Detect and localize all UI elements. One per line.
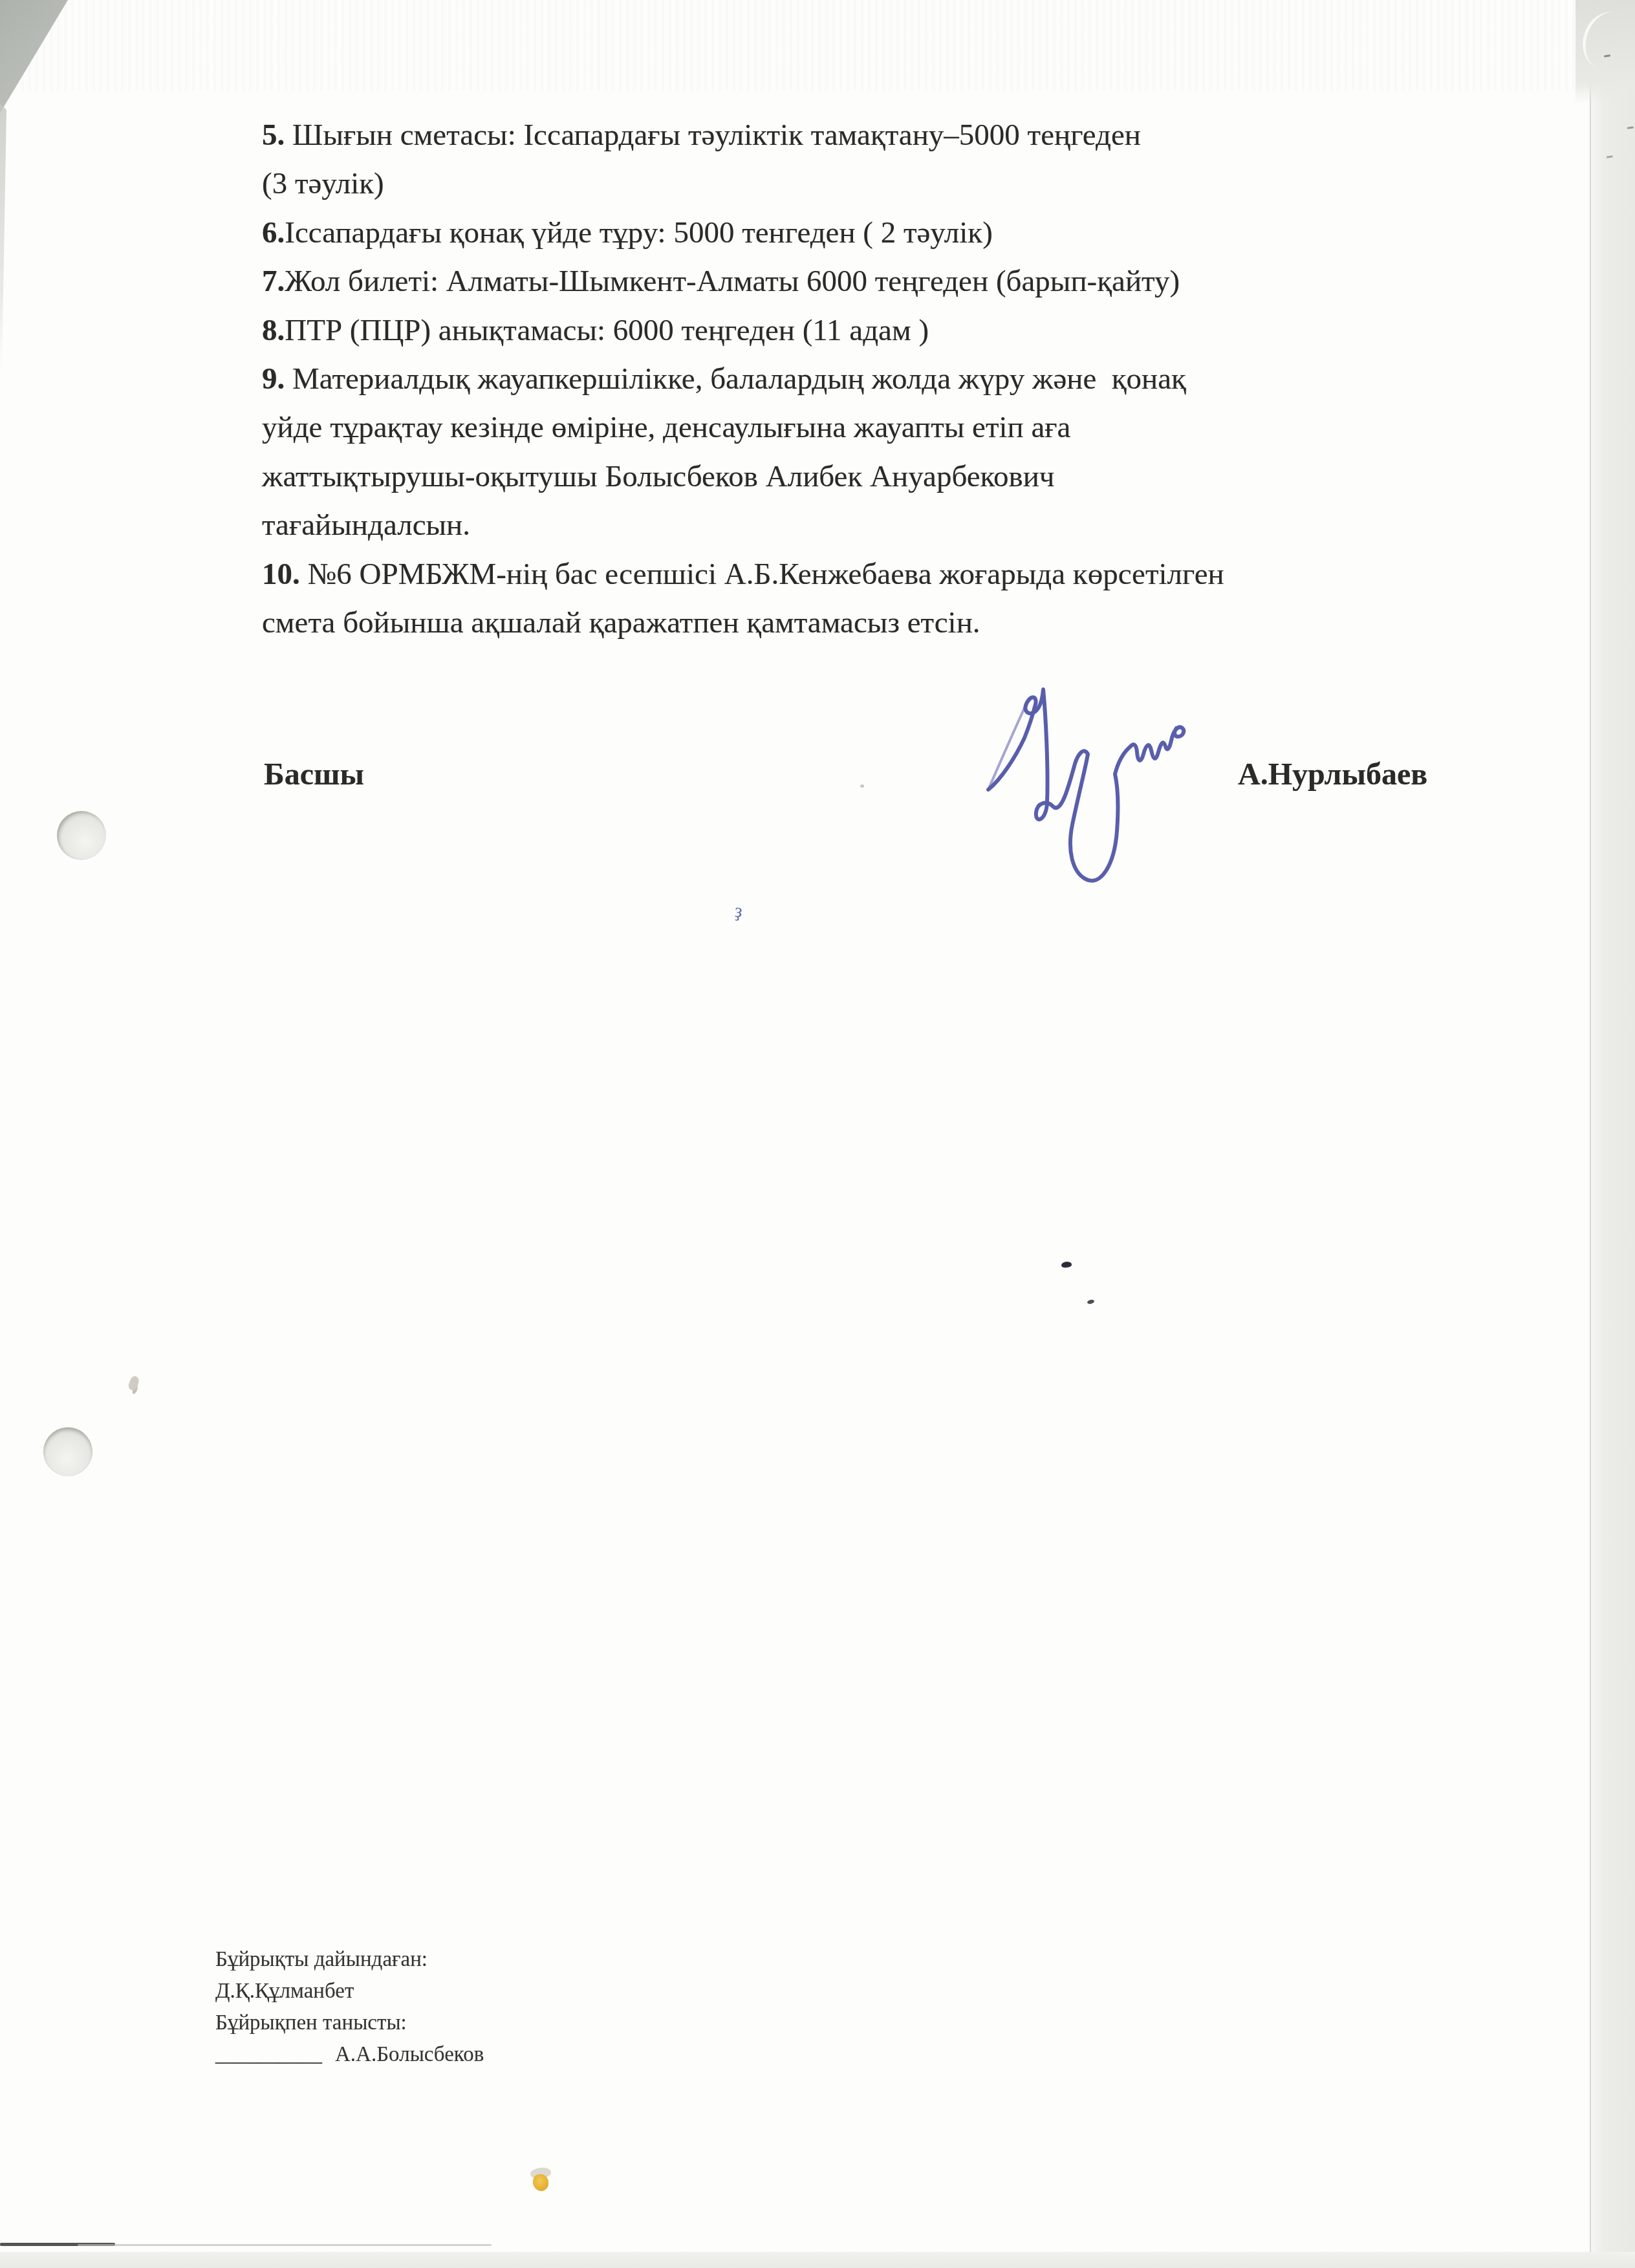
order-text-block: 5. Шығын сметасы: Іссапардағы тәуліктік … bbox=[262, 111, 1510, 647]
signature-blank-line: __________ bbox=[215, 2043, 322, 2066]
order-line: смета бойынша ақшалай қаражатпен қамтама… bbox=[262, 599, 1510, 647]
page-bottom-edge bbox=[0, 2252, 1635, 2268]
order-line-number: 5. bbox=[262, 118, 285, 152]
page-left-edge-shadow bbox=[0, 103, 9, 369]
order-line: 7.Жол билеті: Алматы-Шымкент-Алматы 6000… bbox=[262, 257, 1510, 306]
signer-name-label: А.Нурлыбаев bbox=[1238, 757, 1427, 792]
stray-ink-mark: ҙ bbox=[733, 900, 743, 922]
order-line-number: 8. bbox=[262, 314, 285, 347]
signature-stroke bbox=[988, 689, 1184, 881]
order-line-text: ПТР (ПЦР) анықтамасы: 6000 теңгеден (11 … bbox=[285, 314, 929, 347]
order-line-text: Шығын сметасы: Іссапардағы тәуліктік там… bbox=[285, 118, 1141, 152]
order-line-number: 6. bbox=[262, 216, 285, 250]
prepared-by-label: Бұйрықты дайындаған: bbox=[215, 1944, 797, 1976]
order-line: жаттықтырушы-оқытушы Болысбеков Алибек А… bbox=[262, 453, 1510, 501]
scan-line-bottom-faint bbox=[78, 2244, 492, 2246]
scan-speck-left bbox=[127, 1375, 141, 1392]
signer-role-label: Басшы bbox=[264, 757, 364, 792]
handwritten-signature bbox=[970, 676, 1203, 915]
order-line: 5. Шығын сметасы: Іссапардағы тәуліктік … bbox=[262, 111, 1510, 160]
order-line-text: жаттықтырушы-оқытушы Болысбеков Алибек А… bbox=[262, 460, 1054, 493]
order-line-text: уйде тұрақтау кезінде өміріне, денсаулығ… bbox=[262, 411, 1070, 444]
order-line-text: (3 тәулік) bbox=[262, 167, 384, 200]
order-line: тағайындалсын. bbox=[262, 501, 1510, 550]
acknowledgement-line: __________А.А.Болысбеков bbox=[215, 2039, 797, 2071]
order-line-number: 7. bbox=[262, 265, 285, 298]
order-line: 8.ПТР (ПЦР) анықтамасы: 6000 теңгеден (1… bbox=[262, 307, 1510, 355]
punch-hole-bottom bbox=[33, 1417, 102, 1486]
order-line-text: Жол билеті: Алматы-Шымкент-Алматы 6000 т… bbox=[285, 265, 1180, 298]
acknowledged-by-name: А.А.Болысбеков bbox=[335, 2043, 484, 2066]
order-line: уйде тұрақтау кезінде өміріне, денсаулығ… bbox=[262, 404, 1510, 452]
scan-dot bbox=[860, 784, 864, 788]
prepared-by-name: Д.Қ.Құлманбет bbox=[215, 1976, 797, 2007]
acknowledged-label: Бұйрықпен танысты: bbox=[215, 2007, 797, 2039]
order-line: (3 тәулік) bbox=[262, 160, 1510, 208]
order-line-text: смета бойынша ақшалай қаражатпен қамтама… bbox=[262, 606, 980, 640]
order-line-text: Материалдық жауапкершілікке, балалардың … bbox=[285, 362, 1186, 396]
punch-hole-top bbox=[57, 811, 106, 860]
order-line-number: 10. bbox=[262, 557, 300, 591]
order-line: 9. Материалдық жауапкершілікке, балалард… bbox=[262, 355, 1510, 404]
order-line-text: тағайындалсын. bbox=[262, 508, 470, 542]
ink-blob bbox=[1061, 1261, 1072, 1268]
order-line-number: 9. bbox=[262, 362, 285, 396]
paper-stain-yellow bbox=[533, 2174, 548, 2191]
order-line-text: Іссапардағы қонақ үйде тұру: 5000 тенгед… bbox=[285, 216, 993, 250]
scan-noise-band bbox=[0, 0, 1635, 91]
ink-blob-small bbox=[1087, 1299, 1094, 1304]
paper-stain bbox=[530, 2168, 552, 2192]
order-line-text: №6 ОРМБЖМ-нің бас есепшісі А.Б.Кенжебаев… bbox=[300, 557, 1224, 591]
order-line: 10. №6 ОРМБЖМ-нің бас есепшісі А.Б.Кенже… bbox=[262, 550, 1510, 599]
page-right-edge bbox=[1590, 0, 1635, 2268]
footer-block: Бұйрықты дайындаған: Д.Қ.Құлманбет Бұйры… bbox=[215, 1944, 797, 2071]
order-line: 6.Іссапардағы қонақ үйде тұру: 5000 тенг… bbox=[262, 209, 1510, 257]
